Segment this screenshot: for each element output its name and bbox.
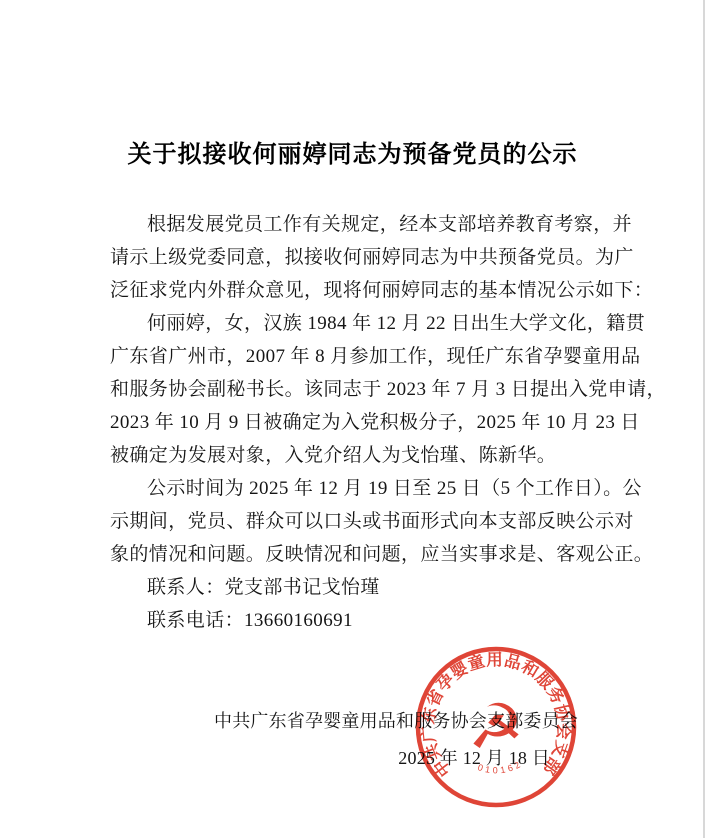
contact-phone-line: 联系电话：13660160691 [110,604,615,637]
body-line: 被确定为发展对象，入党介绍人为戈怡瑾、陈新华。 [110,439,615,472]
body-line: 和服务协会副秘书长。该同志于 2023 年 7 月 3 日提出入党申请， [110,373,615,406]
signature-date: 2025 年 12 月 18 日 [0,742,705,775]
body-line: 公示时间为 2025 年 12 月 19 日至 25 日（5 个工作日）。公 [110,472,615,505]
body-line: 根据发展党员工作有关规定，经本支部培养教育考察，并 [110,208,615,241]
contact-person-line: 联系人：党支部书记戈怡瑾 [110,571,615,604]
body-line: 象的情况和问题。反映情况和问题，应当实事求是、客观公正。 [110,538,615,571]
body-line: 示期间，党员、群众可以口头或书面形式向本支部反映公示对 [110,505,615,538]
document-page: 关于拟接收何丽婷同志为预备党员的公示 根据发展党员工作有关规定，经本支部培养教育… [0,0,705,838]
document-body: 根据发展党员工作有关规定，经本支部培养教育考察，并 请示上级党委同意，拟接收何丽… [110,208,615,637]
body-line: 何丽婷，女，汉族 1984 年 12 月 22 日出生大学文化，籍贯 [110,307,615,340]
signature-block: 中共广东省孕婴童用品和服务协会支部委员会 2025 年 12 月 18 日 [0,705,705,775]
body-line: 请示上级党委同意，拟接收何丽婷同志为中共预备党员。为广 [110,241,615,274]
body-line: 广东省广州市，2007 年 8 月参加工作，现任广东省孕婴童用品 [110,340,615,373]
signature-org: 中共广东省孕婴童用品和服务协会支部委员会 [0,705,705,738]
document-title: 关于拟接收何丽婷同志为预备党员的公示 [0,134,705,169]
body-line: 2023 年 10 月 9 日被确定为入党积极分子，2025 年 10 月 23… [110,406,615,439]
body-line: 泛征求党内外群众意见，现将何丽婷同志的基本情况公示如下： [110,274,615,307]
